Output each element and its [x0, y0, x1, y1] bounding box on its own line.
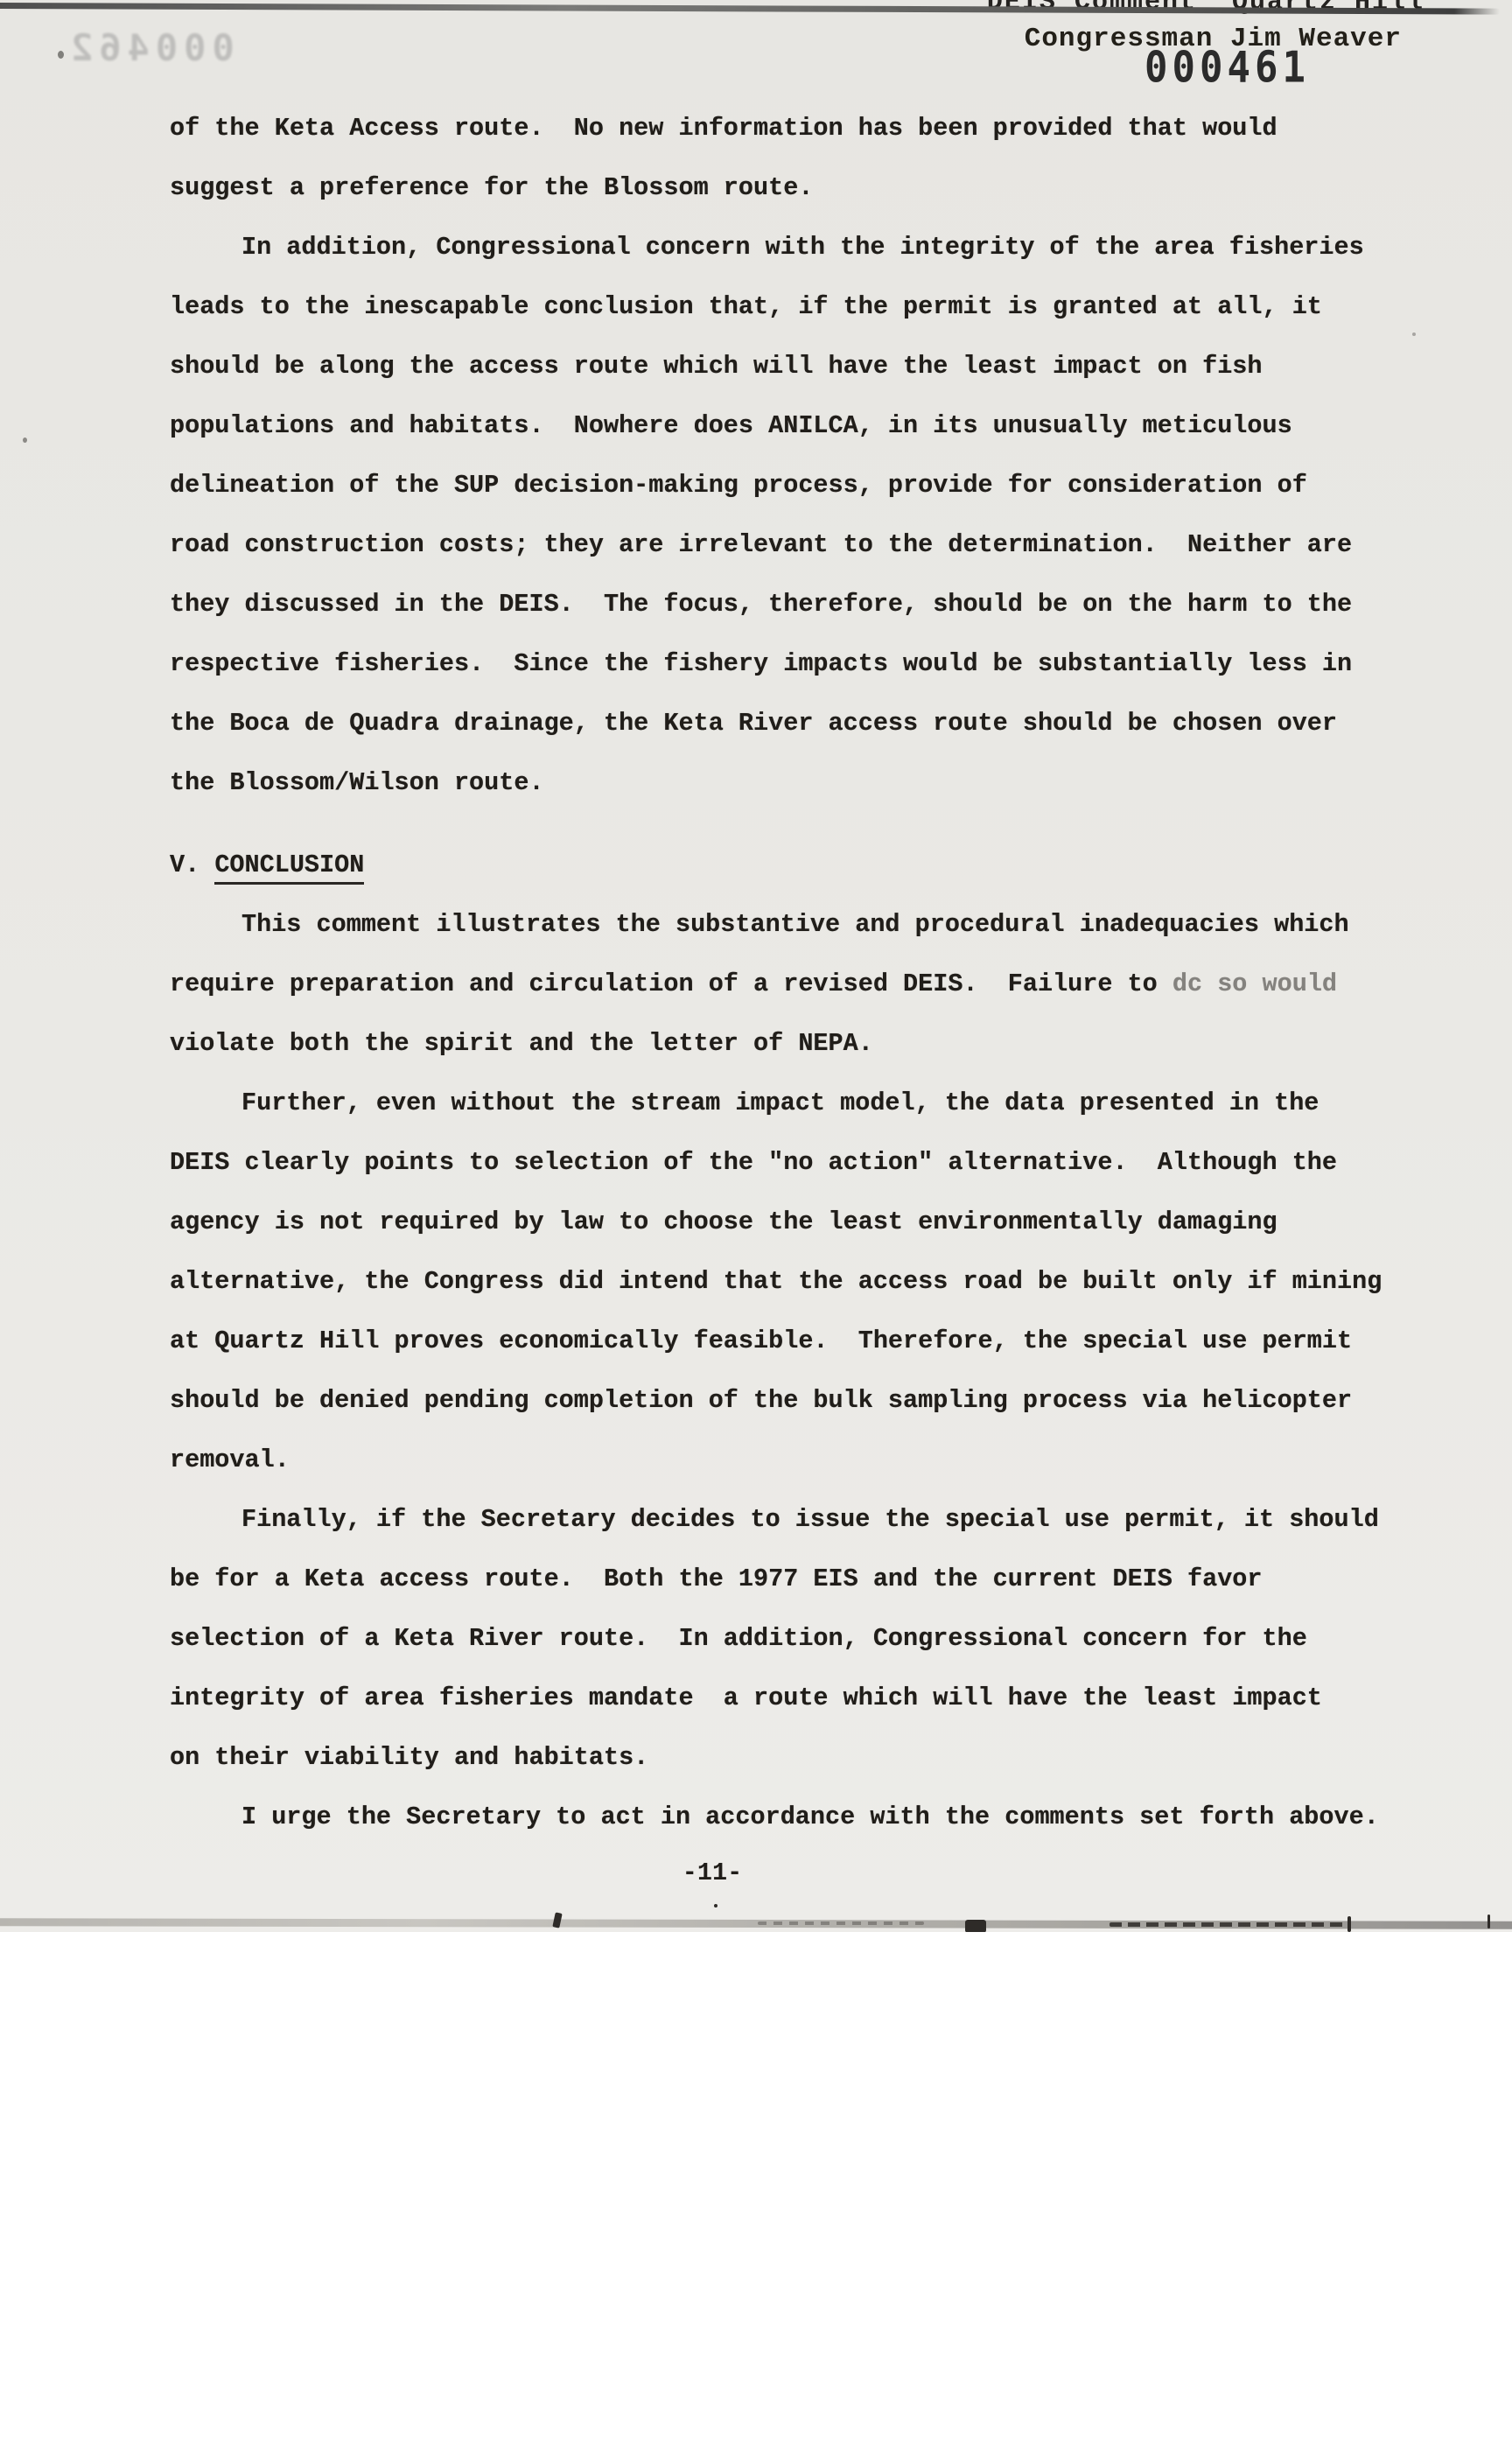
- document-line: suggest a preference for the Blossom rou…: [170, 173, 1395, 233]
- scan-speck: [23, 437, 27, 443]
- scan-artifact: [1109, 1922, 1344, 1927]
- document-line: delineation of the SUP decision-making p…: [170, 471, 1395, 530]
- section-heading: V. CONCLUSION: [170, 850, 1395, 910]
- document-line: should be denied pending completion of t…: [170, 1386, 1395, 1445]
- document-line: agency is not required by law to choose …: [170, 1207, 1395, 1267]
- scan-artifact: [758, 1921, 924, 1925]
- document-line: leads to the inescapable conclusion that…: [170, 292, 1395, 352]
- scan-artifact: [714, 1904, 717, 1907]
- document-line: on their viability and habitats.: [170, 1743, 1395, 1802]
- scan-artifact: [965, 1920, 986, 1932]
- document-line: the Boca de Quadra drainage, the Keta Ri…: [170, 709, 1395, 768]
- document-line: road construction costs; they are irrele…: [170, 530, 1395, 590]
- document-line: require preparation and circulation of a…: [170, 969, 1395, 1029]
- document-line: Finally, if the Secretary decides to iss…: [170, 1505, 1395, 1564]
- document-line: respective fisheries. Since the fishery …: [170, 649, 1395, 709]
- document-line: I urge the Secretary to act in accordanc…: [170, 1802, 1395, 1862]
- document-line: at Quartz Hill proves economically feasi…: [170, 1326, 1395, 1386]
- scan-artifact: [1487, 1914, 1490, 1928]
- document-line: populations and habitats. Nowhere does A…: [170, 411, 1395, 471]
- document-line: violate both the spirit and the letter o…: [170, 1029, 1395, 1088]
- scanned-page: 000462 DEIS Comment Quartz Hill Congress…: [0, 0, 1512, 1932]
- document-line: alternative, the Congress did intend tha…: [170, 1267, 1395, 1326]
- document-line: This comment illustrates the substantive…: [170, 910, 1395, 969]
- bleedthrough-stamp: 000462: [65, 26, 234, 69]
- stamp-number: 000461: [1144, 43, 1310, 93]
- document-line: selection of a Keta River route. In addi…: [170, 1624, 1395, 1683]
- document-line: DEIS clearly points to selection of the …: [170, 1148, 1395, 1207]
- page-number: -11-: [170, 1858, 1255, 1887]
- document-line: Further, even without the stream impact …: [170, 1088, 1395, 1148]
- document-line: they discussed in the DEIS. The focus, t…: [170, 590, 1395, 649]
- scan-artifact: [1347, 1916, 1351, 1932]
- document-line: In addition, Congressional concern with …: [170, 233, 1395, 292]
- scan-speck: [1412, 332, 1416, 336]
- document-line: of the Keta Access route. No new informa…: [170, 114, 1395, 173]
- document-line: integrity of area fisheries mandate a ro…: [170, 1683, 1395, 1743]
- document-body: of the Keta Access route. No new informa…: [170, 114, 1395, 1862]
- document-line: removal.: [170, 1445, 1395, 1505]
- document-line: the Blossom/Wilson route.: [170, 768, 1395, 828]
- scan-artifact: [58, 51, 64, 59]
- document-line: should be along the access route which w…: [170, 352, 1395, 411]
- document-line: be for a Keta access route. Both the 197…: [170, 1564, 1395, 1624]
